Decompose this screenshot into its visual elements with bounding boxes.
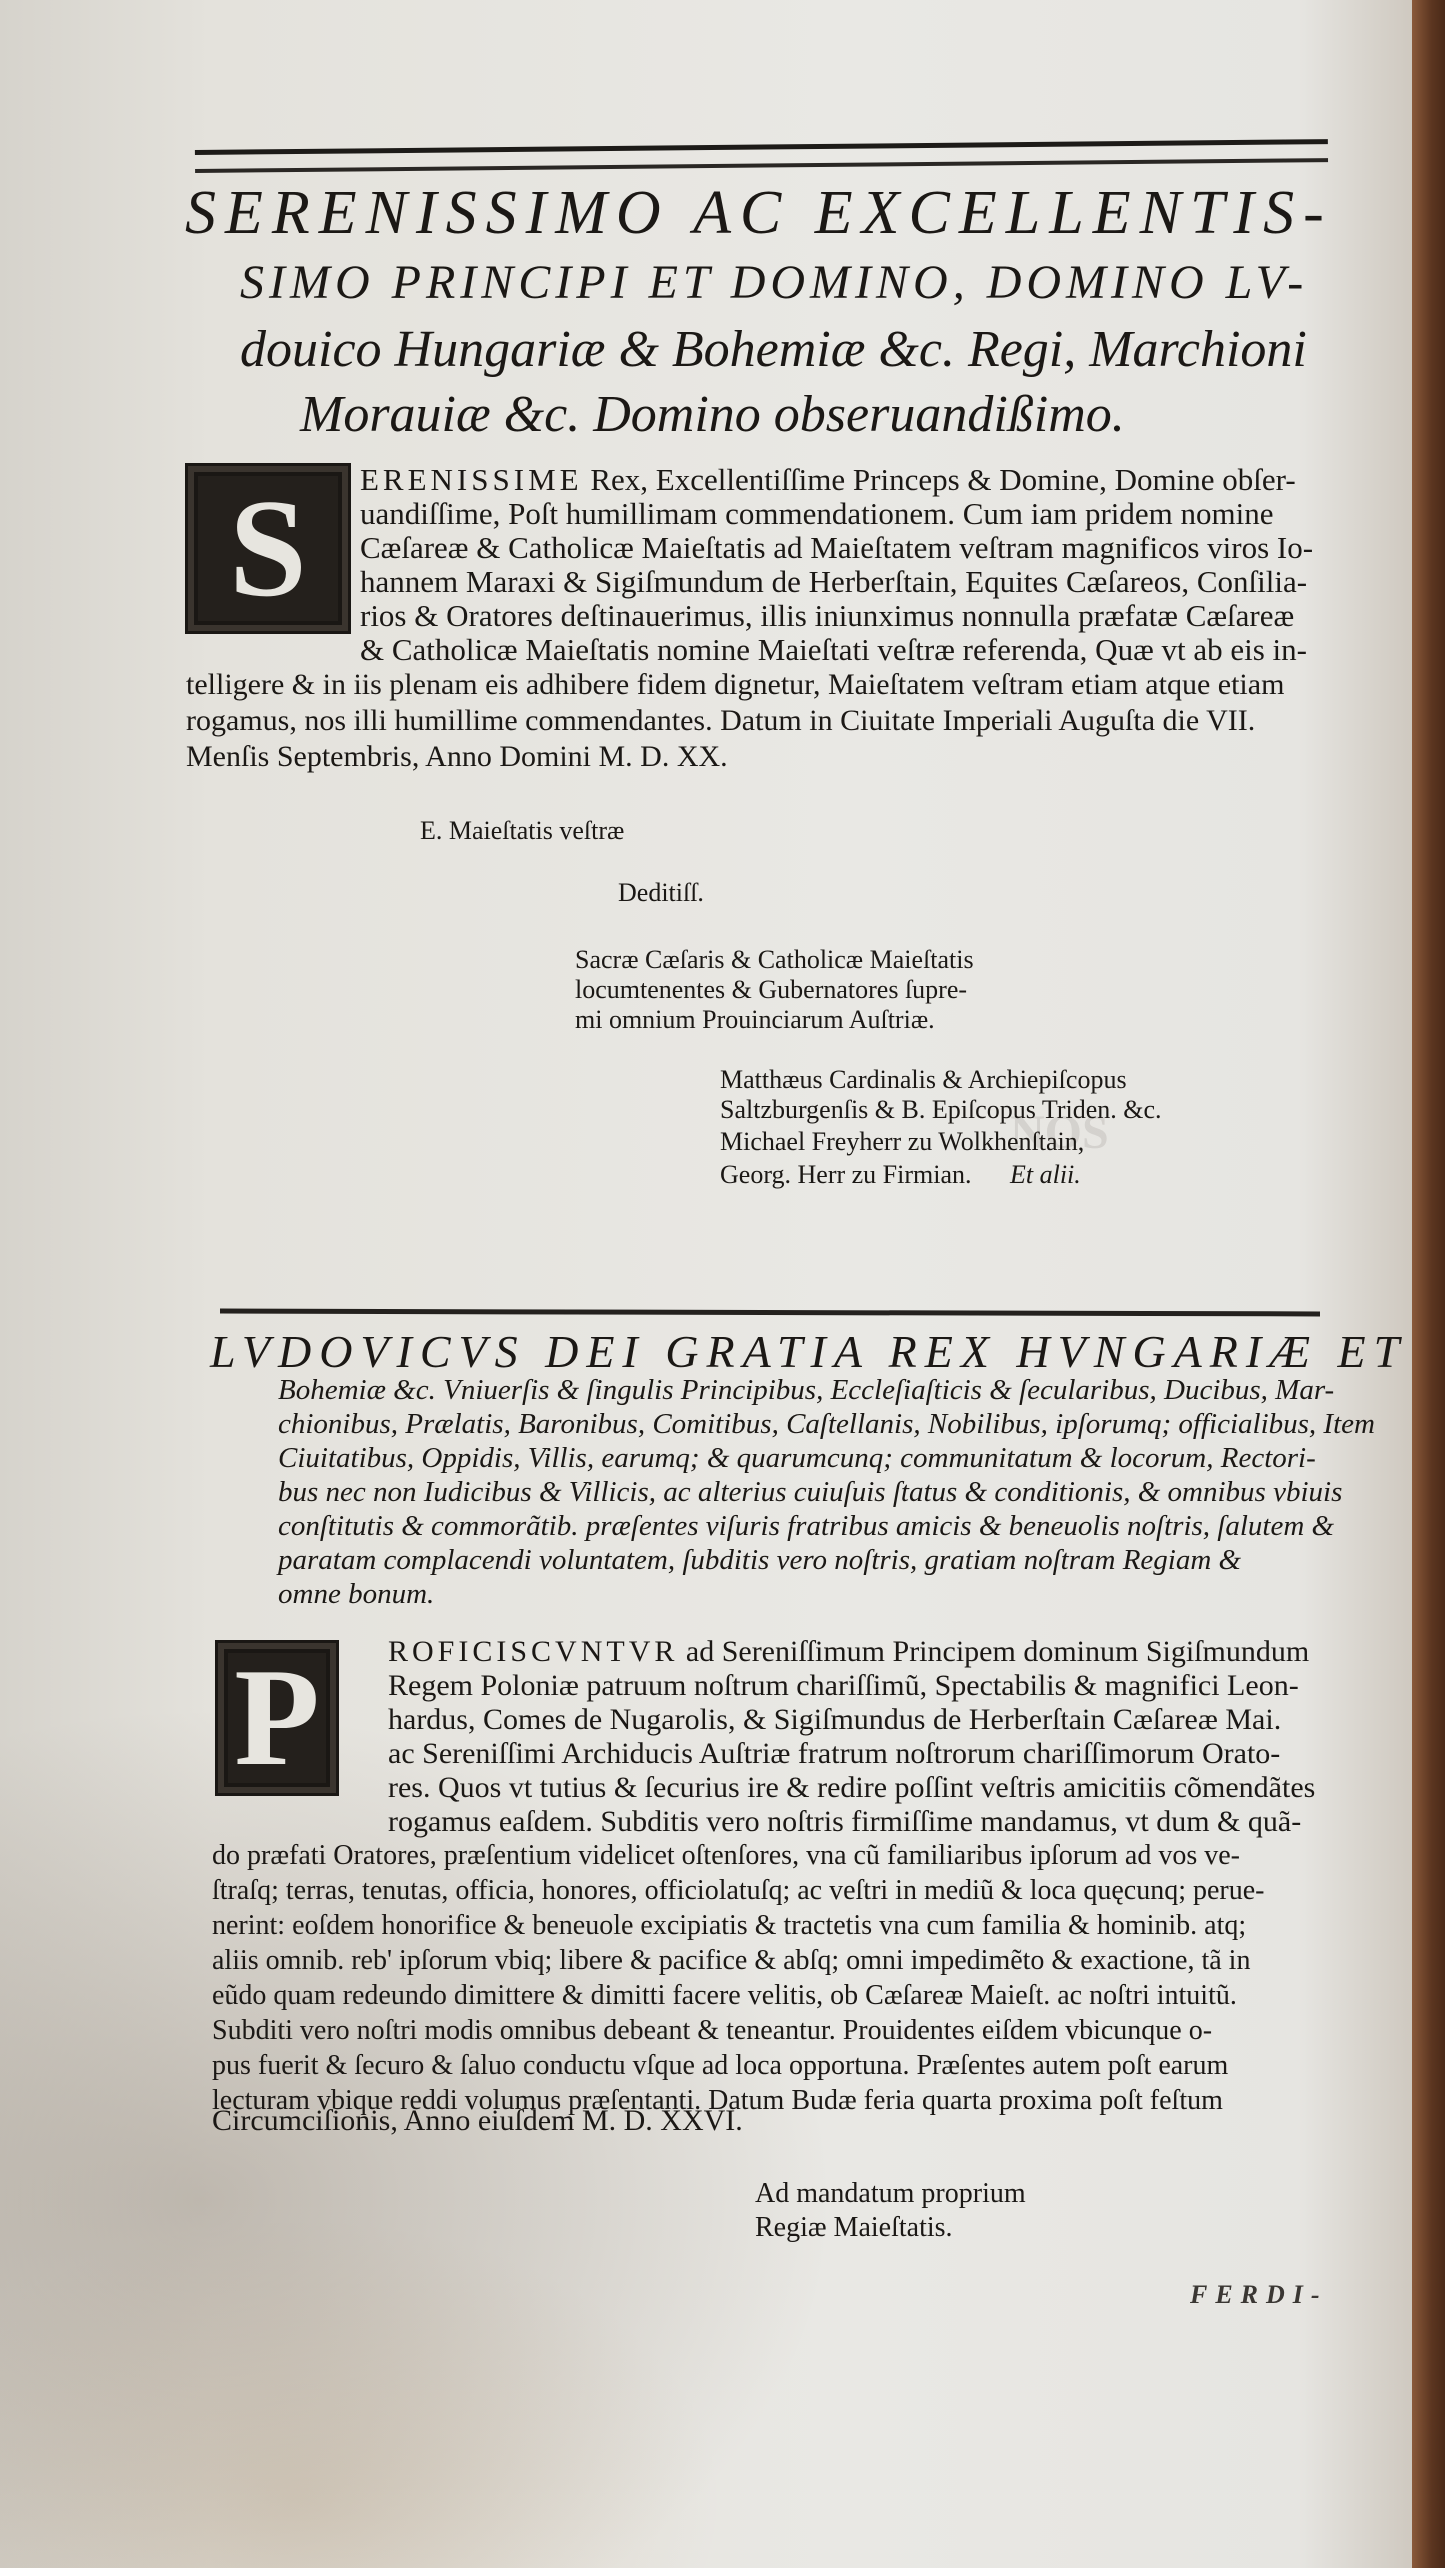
book-spine-edge: [1412, 0, 1445, 2568]
letter2-body-line: ac Sereniſſimi Archiducis Auſtriæ fratru…: [388, 1737, 1280, 1771]
letter2-body-line: hardus, Comes de Nugarolis, & Sigiſmundu…: [388, 1703, 1281, 1737]
letter2-address-line: chionibus, Prælatis, Baronibus, Comitibu…: [278, 1408, 1375, 1441]
letter1-body-line: hannem Maraxi & Sigiſmundum de Herberſta…: [360, 564, 1307, 600]
drop-cap-p-icon: P: [215, 1640, 339, 1796]
letter2-body-line: res. Quos vt tutius & ſecurius ire & red…: [388, 1771, 1315, 1805]
signatory-line: Georg. Herr zu Firmian.: [720, 1160, 972, 1190]
letter2-address-line: Bohemiæ &c. Vniuerſis & ſingulis Princip…: [278, 1374, 1334, 1407]
letter2-address-line: paratam complacendi voluntatem, ſubditis…: [278, 1544, 1241, 1577]
letter1-body-line: uandiſſime, Poſt humillimam commendation…: [360, 496, 1274, 532]
office-line: mi omnium Prouinciarum Auſtriæ.: [575, 1005, 935, 1035]
book-page: NOS SERENISSIMO AC EXCELLENTIS- SIMO PRI…: [0, 0, 1412, 2568]
office-line: locumtenentes & Gubernatores ſupre-: [575, 975, 967, 1005]
letter2-body-line: eũdo quam redeundo dimittere & dimitti f…: [212, 1980, 1237, 2012]
letter2-address-line: Ciuitatibus, Oppidis, Villis, earumq; & …: [278, 1442, 1316, 1475]
letter2-body-line: do præfati Oratores, præſentium videlice…: [212, 1840, 1240, 1872]
letter1-heading-line2: SIMO PRINCIPI ET DOMINO, DOMINO LV-: [240, 255, 1420, 310]
letter1-heading-line3: douico Hungariæ & Bohemiæ &c. Regi, Marc…: [240, 320, 1420, 379]
catchword: FERDI-: [1190, 2280, 1328, 2310]
section-divider-rule: [220, 1309, 1320, 1317]
letter2-body-line: Regem Poloniæ patruum noſtrum chariſſimũ…: [388, 1669, 1299, 1703]
drop-cap-s-icon: S: [185, 463, 351, 634]
letter1-heading-line4: Morauiæ &c. Domino obseruandißimo.: [300, 385, 1445, 444]
letter2-body-line: ſtraſq; terras, tenutas, officia, honore…: [212, 1875, 1265, 1907]
closing-deditiss: Deditiſſ.: [618, 878, 704, 908]
letter1-body-line: ERENISSIME Rex, Excellentiſſime Princeps…: [360, 462, 1296, 498]
letter2-body-line: rogamus eaſdem. Subditis vero noſtris fi…: [388, 1805, 1301, 1839]
letter2-address-line: omne bonum.: [278, 1578, 434, 1611]
letter2-heading: LVDOVICVS DEI GRATIA REX HVNGARIÆ ET: [210, 1325, 1407, 1378]
signatory-line: Matthæus Cardinalis & Archiepiſcopus: [720, 1065, 1127, 1095]
letter1-body-line: telligere & in iis plenam eis adhibere f…: [186, 668, 1284, 702]
letter1-body-line: Cæſareæ & Catholicæ Maieſtatis ad Maieſt…: [360, 530, 1313, 566]
letter2-address-line: bus nec non Iudicibus & Villicis, ac alt…: [278, 1476, 1342, 1509]
letter2-body-line: aliis omnib. reb' ipſorum vbiq; libere &…: [212, 1945, 1250, 1977]
signatory-line: Saltzburgenſis & B. Epiſcopus Triden. &c…: [720, 1095, 1162, 1125]
letter2-body-line-date: Circumciſionis, Anno eiuſdem M. D. XXVI.: [212, 2104, 743, 2138]
letter1-body-line: & Catholicæ Maieſtatis nomine Maieſtati …: [360, 632, 1307, 668]
letter1-body-line: rogamus, nos illi humillime commendantes…: [186, 704, 1255, 738]
letter1-heading-line1: SERENISSIMO AC EXCELLENTIS-: [185, 178, 1365, 249]
letter2-body-line: nerint: eoſdem honorifice & beneuole exc…: [212, 1910, 1246, 1942]
mandate-line: Regiæ Maieſtatis.: [755, 2212, 953, 2244]
letter2-body-line: pus fuerit & ſecuro & ſaluo conductu vſq…: [212, 2050, 1228, 2082]
letter2-body-line: ROFICISCVNTVR ad Sereniſſimum Principem …: [388, 1635, 1309, 1669]
letter1-body-line: Menſis Septembris, Anno Domini M. D. XX.: [186, 740, 728, 774]
letter2-address-line: conſtitutis & commorãtib. præſentes viſu…: [278, 1510, 1334, 1543]
mandate-line: Ad mandatum proprium: [755, 2178, 1026, 2210]
signatory-line: Michael Freyherr zu Wolkhenſtain,: [720, 1127, 1084, 1157]
et-alii: Et alii.: [1010, 1160, 1081, 1190]
top-ornamental-rule: [195, 139, 1328, 173]
letter2-body-line: Subditi vero noſtri modis omnibus debean…: [212, 2015, 1212, 2047]
closing-salutation: E. Maieſtatis veſtræ: [420, 816, 624, 846]
letter1-body-line: rios & Oratores deſtinauerimus, illis in…: [360, 598, 1294, 634]
office-line: Sacræ Cæſaris & Catholicæ Maieſtatis: [575, 945, 974, 975]
